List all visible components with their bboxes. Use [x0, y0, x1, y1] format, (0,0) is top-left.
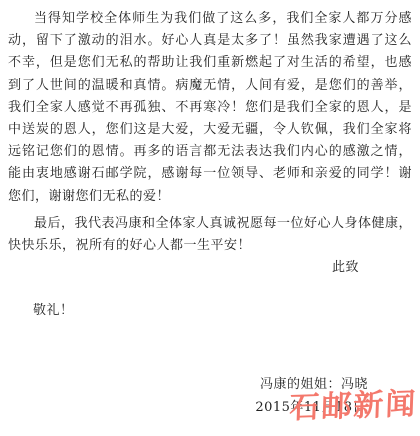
letter-paragraph-1: 当得知学校全体师生为我们做了这么多，我们全家人都万分感 动，留下了激动的泪水。好… [8, 8, 412, 208]
news-stamp-watermark: 石邮新闻 [289, 388, 418, 427]
letter-line: 您们，谢谢您们无私的爱！ [8, 186, 412, 208]
letter-salute: 敬礼！ [8, 300, 412, 322]
letter-line: 不幸，但是您们无私的帮助让我们重新燃起了对生活的希望，也感受 [8, 52, 412, 74]
letter-line: 能由衷地感谢石邮学院，感谢每一位领导、老师和亲爱的同学！谢谢 [8, 163, 412, 185]
letter-paragraph-2: 最后，我代表冯康和全体家人真诚祝愿每一位好心人身体健康， 快快乐乐，祝所有的好心… [8, 213, 412, 257]
letter-line: 到了人世间的温暖和真情。病魔无情，人间有爱，是您们的善举，让 [8, 75, 412, 97]
letter-closing: 此致 [8, 257, 412, 279]
letter-line: 当得知学校全体师生为我们做了这么多，我们全家人都万分感 [8, 8, 412, 30]
letter-line: 我们全家人感觉不再孤独、不再寒冷！您们是我们全家的恩人，是雪 [8, 97, 412, 119]
letter-line: 中送炭的恩人，您们这是大爱，大爱无疆，令人钦佩，我们全家将永 [8, 119, 412, 141]
letter-line: 快快乐乐，祝所有的好心人都一生平安！ [8, 235, 412, 257]
letter-page: 当得知学校全体师生为我们做了这么多，我们全家人都万分感 动，留下了激动的泪水。好… [0, 0, 420, 436]
letter-line: 动，留下了激动的泪水。好心人真是太多了！虽然我家遭遇了这么多 [8, 30, 412, 52]
letter-line: 远铭记您们的恩情。再多的语言都无法表达我们内心的感激之情，只 [8, 141, 412, 163]
letter-line: 最后，我代表冯康和全体家人真诚祝愿每一位好心人身体健康， [8, 213, 412, 235]
